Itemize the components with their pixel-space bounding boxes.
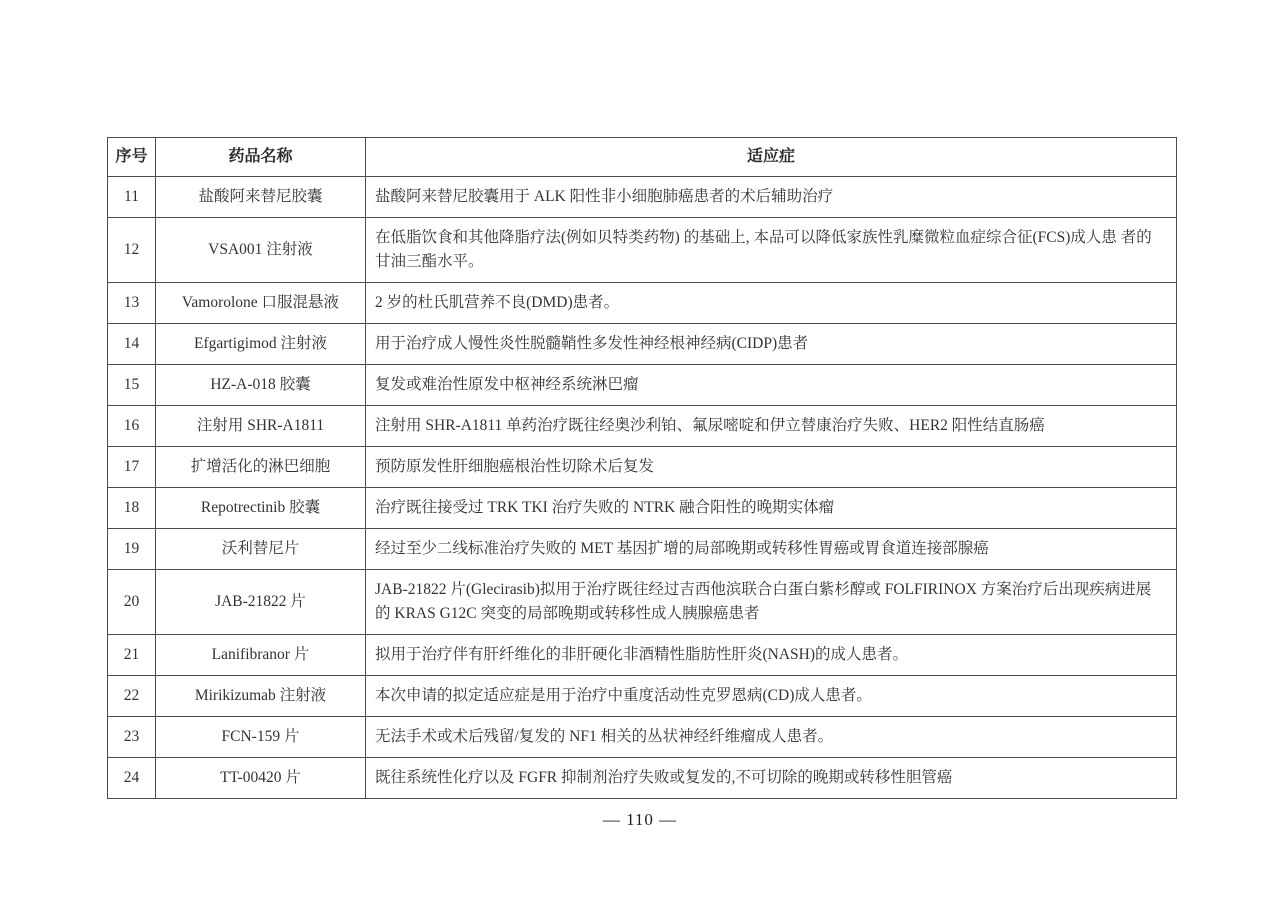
serial-number-cell: 23	[108, 717, 156, 758]
drug-name-cell: Efgartigimod 注射液	[156, 324, 366, 365]
drug-name-cell: 扩增活化的淋巴细胞	[156, 447, 366, 488]
indication-cell: 预防原发性肝细胞癌根治性切除术后复发	[366, 447, 1177, 488]
table-row: 18 Repotrectinib 胶囊 治疗既往接受过 TRK TKI 治疗失败…	[108, 488, 1177, 529]
drug-indication-table-container: 序号 药品名称 适应症 11 盐酸阿来替尼胶囊 盐酸阿来替尼胶囊用于 ALK 阳…	[107, 137, 1177, 799]
indication-cell: 用于治疗成人慢性炎性脱髓鞘性多发性神经根神经病(CIDP)患者	[366, 324, 1177, 365]
table-row: 13 Vamorolone 口服混悬液 2 岁的杜氏肌营养不良(DMD)患者。	[108, 283, 1177, 324]
indication-cell: JAB-21822 片(Glecirasib)拟用于治疗既往经过吉西他滨联合白蛋…	[366, 570, 1177, 635]
drug-name-cell: 沃利替尼片	[156, 529, 366, 570]
serial-number-cell: 15	[108, 365, 156, 406]
table-row: 17 扩增活化的淋巴细胞 预防原发性肝细胞癌根治性切除术后复发	[108, 447, 1177, 488]
header-drug-name: 药品名称	[156, 138, 366, 177]
serial-number-cell: 22	[108, 676, 156, 717]
table-row: 16 注射用 SHR-A1811 注射用 SHR-A1811 单药治疗既往经奥沙…	[108, 406, 1177, 447]
serial-number-cell: 16	[108, 406, 156, 447]
table-row: 19 沃利替尼片 经过至少二线标准治疗失败的 MET 基因扩增的局部晚期或转移性…	[108, 529, 1177, 570]
serial-number-cell: 19	[108, 529, 156, 570]
drug-name-cell: Lanifibranor 片	[156, 635, 366, 676]
table-row: 23 FCN-159 片 无法手术或术后残留/复发的 NF1 相关的丛状神经纤维…	[108, 717, 1177, 758]
drug-name-cell: Mirikizumab 注射液	[156, 676, 366, 717]
indication-cell: 2 岁的杜氏肌营养不良(DMD)患者。	[366, 283, 1177, 324]
drug-name-cell: FCN-159 片	[156, 717, 366, 758]
indication-cell: 拟用于治疗伴有肝纤维化的非肝硬化非酒精性脂肪性肝炎(NASH)的成人患者。	[366, 635, 1177, 676]
serial-number-cell: 11	[108, 177, 156, 218]
drug-name-cell: JAB-21822 片	[156, 570, 366, 635]
page-number: — 110 —	[0, 810, 1280, 830]
drug-name-cell: Vamorolone 口服混悬液	[156, 283, 366, 324]
table-row: 21 Lanifibranor 片 拟用于治疗伴有肝纤维化的非肝硬化非酒精性脂肪…	[108, 635, 1177, 676]
header-serial-number: 序号	[108, 138, 156, 177]
header-indication: 适应症	[366, 138, 1177, 177]
drug-name-cell: TT-00420 片	[156, 758, 366, 799]
drug-name-cell: HZ-A-018 胶囊	[156, 365, 366, 406]
indication-cell: 复发或难治性原发中枢神经系统淋巴瘤	[366, 365, 1177, 406]
drug-name-cell: 注射用 SHR-A1811	[156, 406, 366, 447]
drug-name-cell: 盐酸阿来替尼胶囊	[156, 177, 366, 218]
indication-cell: 既往系统性化疗以及 FGFR 抑制剂治疗失败或复发的,不可切除的晚期或转移性胆管…	[366, 758, 1177, 799]
table-row: 22 Mirikizumab 注射液 本次申请的拟定适应症是用于治疗中重度活动性…	[108, 676, 1177, 717]
indication-cell: 本次申请的拟定适应症是用于治疗中重度活动性克罗恩病(CD)成人患者。	[366, 676, 1177, 717]
table-body: 11 盐酸阿来替尼胶囊 盐酸阿来替尼胶囊用于 ALK 阳性非小细胞肺癌患者的术后…	[108, 177, 1177, 799]
serial-number-cell: 18	[108, 488, 156, 529]
indication-cell: 注射用 SHR-A1811 单药治疗既往经奥沙利铂、氟尿嘧啶和伊立替康治疗失败、…	[366, 406, 1177, 447]
table-row: 15 HZ-A-018 胶囊 复发或难治性原发中枢神经系统淋巴瘤	[108, 365, 1177, 406]
serial-number-cell: 14	[108, 324, 156, 365]
drug-indication-table: 序号 药品名称 适应症 11 盐酸阿来替尼胶囊 盐酸阿来替尼胶囊用于 ALK 阳…	[107, 137, 1177, 799]
indication-cell: 治疗既往接受过 TRK TKI 治疗失败的 NTRK 融合阳性的晚期实体瘤	[366, 488, 1177, 529]
table-row: 11 盐酸阿来替尼胶囊 盐酸阿来替尼胶囊用于 ALK 阳性非小细胞肺癌患者的术后…	[108, 177, 1177, 218]
table-row: 14 Efgartigimod 注射液 用于治疗成人慢性炎性脱髓鞘性多发性神经根…	[108, 324, 1177, 365]
serial-number-cell: 13	[108, 283, 156, 324]
serial-number-cell: 12	[108, 218, 156, 283]
table-row: 20 JAB-21822 片 JAB-21822 片(Glecirasib)拟用…	[108, 570, 1177, 635]
serial-number-cell: 24	[108, 758, 156, 799]
drug-name-cell: Repotrectinib 胶囊	[156, 488, 366, 529]
indication-cell: 无法手术或术后残留/复发的 NF1 相关的丛状神经纤维瘤成人患者。	[366, 717, 1177, 758]
serial-number-cell: 17	[108, 447, 156, 488]
table-row: 12 VSA001 注射液 在低脂饮食和其他降脂疗法(例如贝特类药物) 的基础上…	[108, 218, 1177, 283]
serial-number-cell: 20	[108, 570, 156, 635]
table-row: 24 TT-00420 片 既往系统性化疗以及 FGFR 抑制剂治疗失败或复发的…	[108, 758, 1177, 799]
indication-cell: 在低脂饮食和其他降脂疗法(例如贝特类药物) 的基础上, 本品可以降低家族性乳糜微…	[366, 218, 1177, 283]
indication-cell: 盐酸阿来替尼胶囊用于 ALK 阳性非小细胞肺癌患者的术后辅助治疗	[366, 177, 1177, 218]
indication-cell: 经过至少二线标准治疗失败的 MET 基因扩增的局部晚期或转移性胃癌或胃食道连接部…	[366, 529, 1177, 570]
drug-name-cell: VSA001 注射液	[156, 218, 366, 283]
table-header-row: 序号 药品名称 适应症	[108, 138, 1177, 177]
serial-number-cell: 21	[108, 635, 156, 676]
